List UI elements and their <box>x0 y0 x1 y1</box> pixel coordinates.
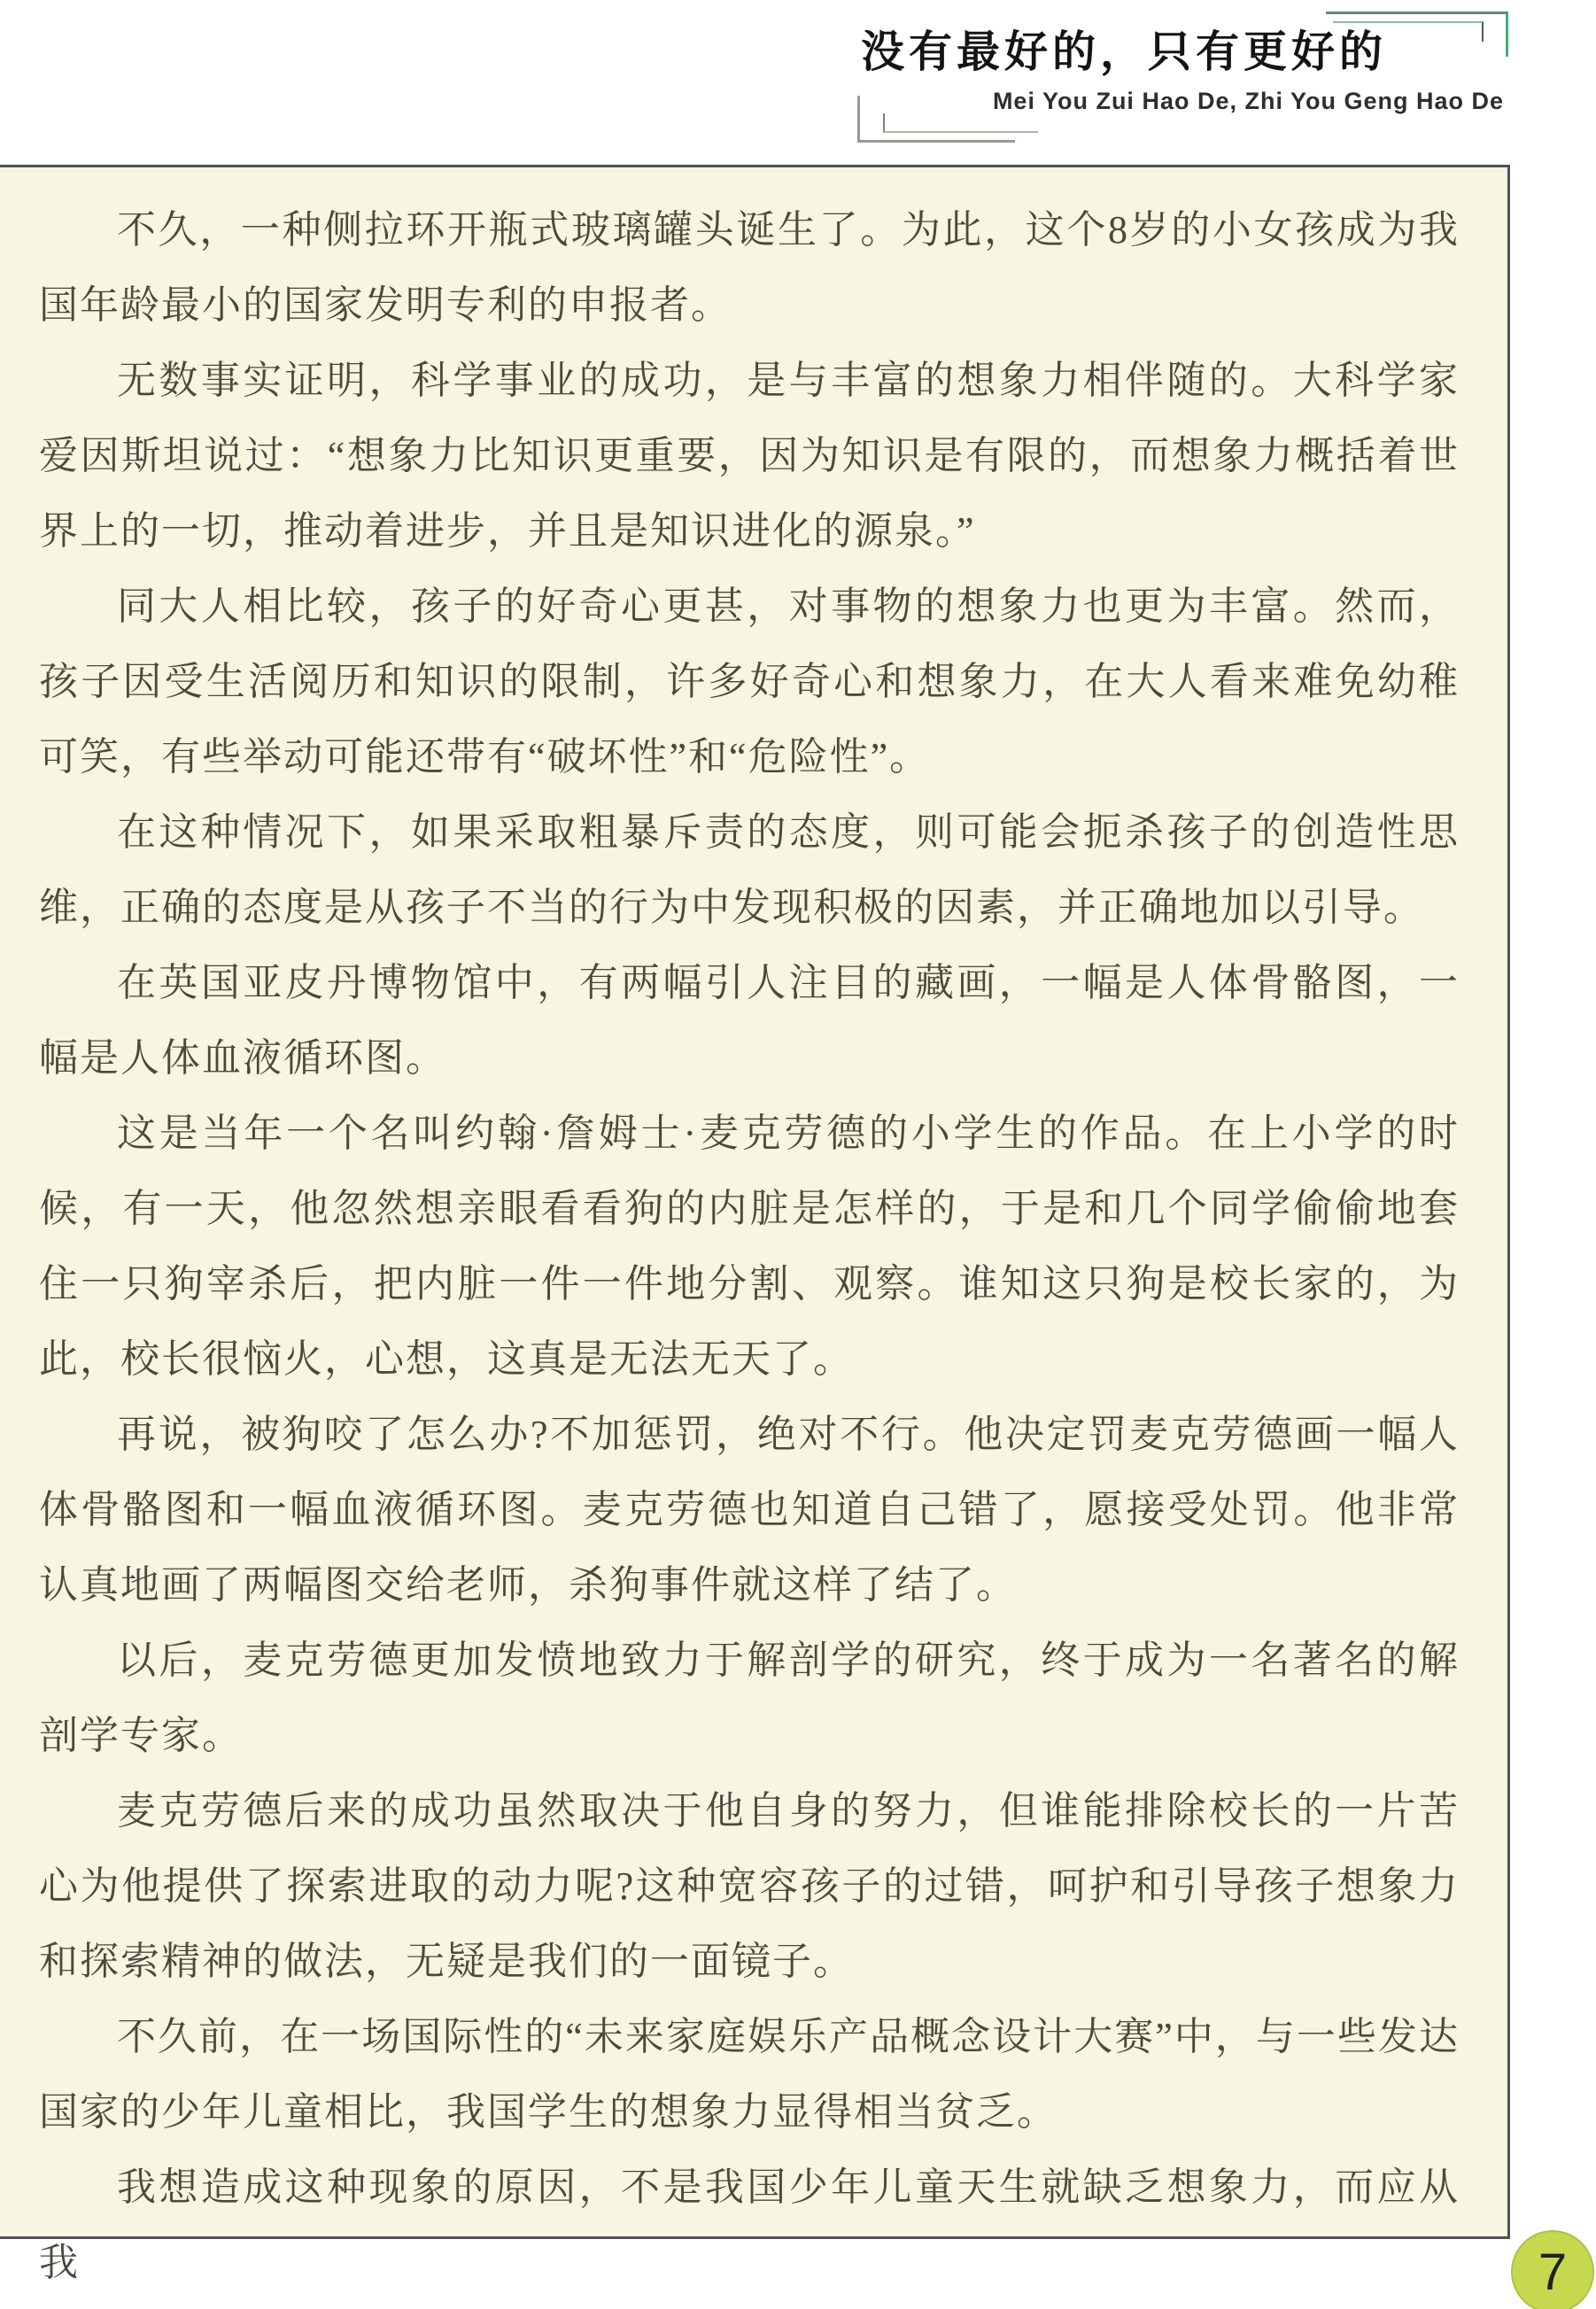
paragraph: 这是当年一个名叫约翰·詹姆士·麦克劳德的小学生的作品。在上小学的时候，有一天，他… <box>39 1096 1460 1397</box>
paragraph: 不久，一种侧拉环开瓶式玻璃罐头诞生了。为此，这个8岁的小女孩成为我国年龄最小的国… <box>39 192 1460 343</box>
page-number: 7 <box>1538 2243 1567 2302</box>
paragraph: 在这种情况下，如果采取粗暴斥责的态度，则可能会扼杀孩子的创造性思维，正确的态度是… <box>39 794 1460 945</box>
pinyin-subtitle: Mei You Zui Hao De, Zhi You Geng Hao De <box>993 88 1504 115</box>
page-number-badge: 7 <box>1511 2230 1594 2309</box>
paragraph: 再说，被狗咬了怎么办?不加惩罚，绝对不行。他决定罚麦克劳德画一幅人体骨骼图和一幅… <box>39 1397 1460 1623</box>
corner-bracket-header-left-inner-icon <box>883 113 1038 133</box>
paragraph: 麦克劳德后来的成功虽然取决于他自身的努力，但谁能排除校长的一片苦心为他提供了探索… <box>39 1773 1460 1999</box>
paragraph: 我想造成这种现象的原因，不是我国少年儿童天生就缺乏想象力，而应从我 <box>39 2150 1460 2300</box>
paragraph: 在英国亚皮丹博物馆中，有两幅引人注目的藏画，一幅是人体骨骼图，一幅是人体血液循环… <box>39 945 1460 1096</box>
paragraph: 同大人相比较，孩子的好奇心更甚，对事物的想象力也更为丰富。然而，孩子因受生活阅历… <box>39 569 1460 794</box>
corner-bracket-header-left-outer-icon <box>857 96 1015 143</box>
paragraph: 无数事实证明，科学事业的成功，是与丰富的想象力相伴随的。大科学家爱因斯坦说过：“… <box>39 343 1460 569</box>
paragraph: 不久前，在一场国际性的“未来家庭娱乐产品概念设计大赛”中，与一些发达国家的少年儿… <box>39 1999 1460 2150</box>
article-body: 不久，一种侧拉环开瓶式玻璃罐头诞生了。为此，这个8岁的小女孩成为我国年龄最小的国… <box>0 167 1507 2236</box>
article-box: 不久，一种侧拉环开瓶式玻璃罐头诞生了。为此，这个8岁的小女孩成为我国年龄最小的国… <box>0 165 1510 2239</box>
page-title: 没有最好的，只有更好的 <box>861 18 1387 80</box>
paragraph: 以后，麦克劳德更加发愤地致力于解剖学的研究，终于成为一名著名的解剖学专家。 <box>39 1623 1460 1773</box>
